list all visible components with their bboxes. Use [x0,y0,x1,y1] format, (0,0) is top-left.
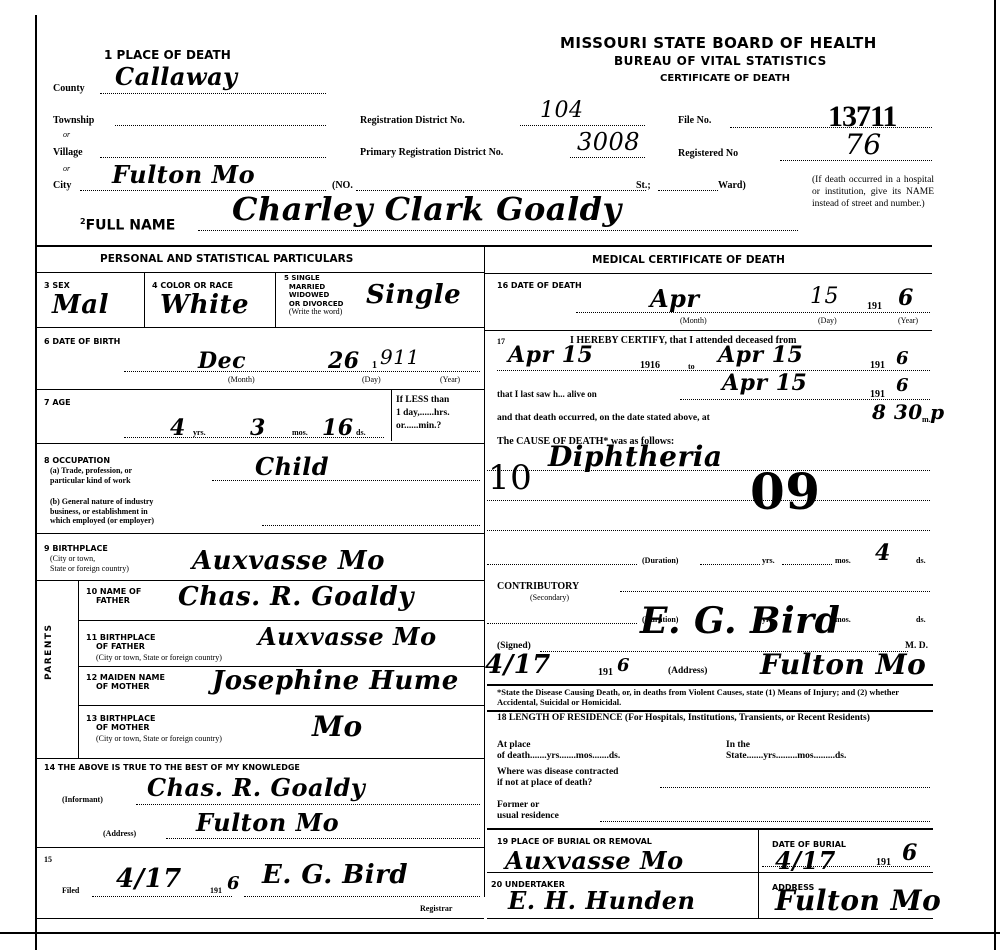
row-line [487,684,933,686]
certificate-type: CERTIFICATE OF DEATH [660,73,790,84]
cause-code-1: 10 [488,458,532,498]
former-residence-line [600,821,930,822]
residence-heading: 18 LENGTH OF RESIDENCE (For Hospitals, I… [497,713,933,724]
burial-place-label: 19 PLACE OF BURIAL OR REMOVAL [497,837,652,846]
dob-year-hint: (Year) [440,375,460,384]
dod-year-suffix: 6 [898,285,914,311]
burial-place-value: Auxvasse Mo [505,846,684,875]
father-name-value: Chas. R. Goaldy [178,582,414,612]
full-name-label-text: FULL NAME [86,218,176,234]
informant-label: (Informant) [62,795,103,804]
dob-month-hint: (Month) [228,375,255,384]
marital-number: 5 [284,274,289,282]
dob-day: 26 [328,348,360,374]
min-line: or......min.? [396,420,450,433]
signed-year-prefix: 191 [598,667,613,678]
former-residence: Former or usual residence [497,800,559,822]
age-months: 3 [250,415,266,441]
row-line [37,443,484,444]
attended-to-year-suffix: 6 [896,348,909,369]
physician-address: Fulton Mo [760,648,926,681]
attended-from-year: 1916 [640,360,660,371]
county-label: County [53,83,85,94]
city-label: City [53,180,71,191]
less-than-day: If LESS than 1 day,......hrs. or......mi… [396,394,450,433]
birthplace-label: 9 BIRTHPLACE [44,544,108,553]
mother-birthplace-value: Mo [312,710,363,743]
row-line [484,330,932,331]
marital-labels: 5 SINGLE MARRIED WIDOWED OR DIVORCED (Wr… [284,274,343,317]
mother-birthplace-label: 13 BIRTHPLACE OF MOTHER [86,714,155,732]
occupation-b-hint: (b) General nature of industry business,… [50,497,154,526]
dod-year-prefix: 191 [867,301,882,312]
place-of-death-heading: 1 PLACE OF DEATH [104,48,231,62]
label-line: OF MOTHER [86,723,155,732]
dob-month: Dec [198,348,246,374]
reg-district-label: Registration District No. [360,115,465,126]
filed-year-prefix: 191 [210,886,222,895]
attended-from: Apr 15 [508,342,593,368]
duration-yrs-label: yrs. [762,556,775,565]
death-time: 8 30 p [872,400,945,424]
where-contracted-line [660,787,930,788]
col-line [275,272,276,327]
county-line [100,93,326,94]
where-contracted: Where was disease contracted if not at p… [497,767,618,789]
col-line [144,272,145,327]
death-occurred-text: and that death occurred, on the date sta… [497,413,710,423]
dob-year: 911 [380,345,420,369]
duration-label: (Duration) [642,556,678,565]
township-label: Township [53,115,94,126]
duration-ds-label: ds. [916,556,926,565]
married-label: MARRIED [289,283,325,291]
center-divider [484,247,485,897]
informant-heading: 14 THE ABOVE IS TRUE TO THE BEST OF MY K… [44,763,300,772]
contrib-ds-label: ds. [916,615,926,624]
row-line [37,272,484,273]
filed-date: 4/17 [116,864,182,894]
row-line [37,327,484,328]
label-line: FATHER [86,596,141,605]
ward-label: Ward) [718,180,746,191]
mother-name-label: 12 MAIDEN NAME OF MOTHER [86,673,165,691]
informant-address-label: (Address) [103,829,136,838]
ds-label: ds. [356,428,366,437]
or-text-1: or [63,130,70,139]
registrar-label: Registrar [420,904,452,913]
last-saw-date: Apr 15 [722,370,807,396]
row-line [37,758,484,759]
dod-year-hint: (Year) [898,316,918,325]
sex-value: Mal [52,290,109,320]
widowed-label: WIDOWED [289,291,329,299]
personal-heading: PERSONAL AND STATISTICAL PARTICULARS [100,253,353,265]
file-no-label: File No. [678,115,711,126]
birthplace-hint-line: (City or town, [50,554,129,564]
village-line [100,157,326,158]
age-label: 7 AGE [44,398,71,407]
full-name-value: Charley Clark Goaldy [232,190,622,228]
age-years: 4 [170,415,186,441]
occupation-a-hint: (a) Trade, profession, or particular kin… [50,466,132,485]
row-line [484,273,932,274]
physician-signature: E. G. Bird [640,600,840,642]
row-line [37,580,484,581]
mother-birthplace-hint: (City or town, State or foreign country) [96,734,222,743]
board-title: MISSOURI STATE BOARD OF HEALTH [560,34,877,52]
label-line: State.......yrs.........mos.........ds. [726,751,846,762]
registered-no-value: 76 [845,128,882,161]
dob-line [124,371,480,372]
label-line: 13 BIRTHPLACE [86,714,155,723]
parents-col-line [78,580,79,758]
last-saw-year-prefix: 191 [870,389,885,400]
occupation-label: 8 OCCUPATION [44,456,110,465]
informant-value: Chas. R. Goaldy [147,773,365,802]
hospital-note: (If death occurred in a hospital or inst… [812,174,934,210]
duration-mos-label: mos. [835,556,851,565]
occ-a-line: (a) Trade, profession, or [50,466,132,476]
dod-label: 16 DATE OF DEATH [497,281,582,290]
contrib-duration-line [487,623,637,624]
full-name-label: 2FULL NAME [80,217,175,234]
sex-label: 3 SEX [44,281,70,290]
dod-line [576,312,930,313]
row-line [37,389,484,390]
cause-code-2: 09 [750,462,821,521]
reg-district-line [520,125,645,126]
primary-reg-district-value: 3008 [577,128,640,156]
label-line: OF MOTHER [86,682,165,691]
last-saw-year-suffix: 6 [896,375,909,396]
label-line: 11 BIRTHPLACE [86,633,155,642]
occ-b-line: which employed (or employer) [50,516,154,526]
undertaker-value: E. H. Hunden [508,886,695,915]
dob-year-prefix: 1 [372,360,377,371]
label-line: usual residence [497,811,559,822]
row-line [78,705,484,706]
dod-month-hint: (Month) [680,316,707,325]
bottom-border [0,932,1000,934]
father-birthplace-hint: (City or town, State or foreign country) [96,653,222,662]
color-race-label: 4 COLOR OR RACE [152,281,233,290]
row-line [37,533,484,534]
occupation-value: Child [255,452,329,481]
filed-year-suffix: 6 [227,873,240,894]
residence-heading-text: LENGTH OF RESIDENCE (For Hospitals, Inst… [509,713,870,723]
duration-mos-line [782,564,832,565]
label-line: OF FATHER [86,642,155,651]
row-line [487,918,933,919]
filed-line [92,896,232,897]
attended-to-year-prefix: 191 [870,360,885,371]
burial-date-value: 4/17 [775,846,836,875]
undertaker-address-value: Fulton Mo [775,884,941,917]
label-line: 12 MAIDEN NAME [86,673,165,682]
label-line: if not at place of death? [497,778,618,789]
or-text-2: or [63,164,70,173]
label-line: Where was disease contracted [497,767,618,778]
age-days: 16 [322,415,354,441]
to-label: to [688,362,695,371]
last-saw-text: that I last saw h... alive on [497,389,597,399]
signed-year-suffix: 6 [617,655,630,676]
informant-address-value: Fulton Mo [196,808,339,837]
dob-label: 6 DATE OF BIRTH [44,337,120,346]
father-birthplace-label: 11 BIRTHPLACE OF FATHER [86,633,155,651]
primary-reg-district-label: Primary Registration District No. [360,147,503,158]
dod-month: Apr [650,284,700,313]
label-line: 10 NAME OF [86,587,141,596]
row-line [487,710,933,712]
mos-label: mos. [292,428,308,437]
informant-line [136,804,480,805]
death-time-suffix: m. [922,415,931,424]
occ-a-line: particular kind of work [50,476,132,486]
row-line [78,620,484,621]
bureau-subtitle: BUREAU OF VITAL STATISTICS [614,54,827,68]
left-border [35,15,37,950]
row-line [37,918,484,919]
occupation-line [212,480,480,481]
county-value: Callaway [115,62,238,91]
residence-number: 18 [497,713,507,723]
full-name-line [198,230,798,231]
contributory-hint: (Secondary) [530,593,569,602]
yrs-label: yrs. [193,428,206,437]
burial-year-prefix: 191 [876,857,891,868]
occ-b-line: business, or establishment in [50,507,154,517]
ward-line [658,190,718,191]
birthplace-hint: (City or town, State or foreign country) [50,554,129,573]
label-line: In the [726,740,846,751]
informant-address-line [166,838,480,839]
at-place-of-death: At place of death.......yrs.......mos...… [497,740,620,762]
duration-days: 4 [875,540,891,566]
township-line [115,125,326,126]
dob-day-hint: (Day) [362,375,381,384]
in-the-state: In the State.......yrs.........mos......… [726,740,846,762]
city-value: Fulton Mo [112,160,255,189]
registrar-line [244,896,480,897]
label-line: of death.......yrs.......mos.......ds. [497,751,620,762]
dod-day: 15 [810,284,839,309]
single-label: SINGLE [291,274,320,282]
less-than-line: If LESS than [396,394,450,407]
duration-yrs-line [700,564,760,565]
hrs-line: 1 day,......hrs. [396,407,450,420]
mother-name-value: Josephine Hume [212,666,459,696]
parents-side-label: PARENTS [44,624,54,680]
cause-value: Diphtheria [548,440,723,473]
attended-line [497,370,930,371]
cause-line-2 [487,500,930,501]
color-race-value: White [160,290,249,320]
registered-no-label: Registered No [678,148,738,159]
attended-to: Apr 15 [718,342,803,368]
cause-line-3 [487,530,930,531]
street-label: St.; [636,180,651,191]
filed-label: Filed [62,886,79,895]
burial-year-suffix: 6 [902,840,918,866]
duration-line [487,564,637,565]
birthplace-hint-line: State or foreign country) [50,564,129,574]
employer-line [262,525,480,526]
dod-day-hint: (Day) [818,316,837,325]
marital-hint: (Write the word) [289,307,342,316]
primary-reg-district-line [570,157,645,158]
medical-heading: MEDICAL CERTIFICATE OF DEATH [592,254,785,266]
cert-number: 17 [497,337,505,346]
right-border [994,0,996,950]
contributory-line [620,591,930,592]
row-line [487,828,933,830]
signed-date: 4/17 [485,650,551,680]
label-line: At place [497,740,620,751]
marital-value: Single [366,280,461,310]
father-birthplace-value: Auxvasse Mo [258,622,437,651]
physician-address-label: (Address) [668,666,707,676]
filed-number: 15 [44,855,52,864]
row-line [487,872,933,873]
registrar-signature: E. G. Bird [262,860,408,890]
col-line [391,389,392,441]
label-line: Former or [497,800,559,811]
occ-b-line: (b) General nature of industry [50,497,154,507]
father-name-label: 10 NAME OF FATHER [86,587,141,605]
col-line [758,830,759,918]
birthplace-value: Auxvasse Mo [192,546,385,576]
contributory-label: CONTRIBUTORY [497,581,579,592]
reg-district-value: 104 [540,98,584,123]
row-line [37,847,484,848]
cause-footnote: *State the Disease Causing Death, or, in… [497,687,933,707]
village-label: Village [53,147,83,158]
